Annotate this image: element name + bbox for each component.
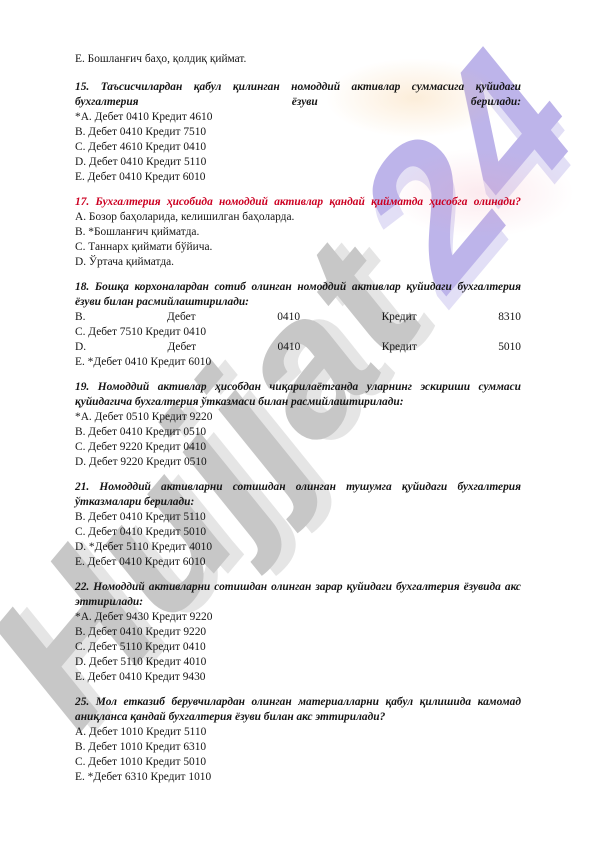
answer-option: В. Дебет 0410 Кредит 7510 — [75, 125, 521, 140]
question-heading-line: 18. Бошқа корхоналардан сотиб олинган но… — [75, 280, 521, 295]
answer-option: *А. Дебет 0510 Кредит 9220 — [75, 410, 521, 425]
question-block: 18. Бошқа корхоналардан сотиб олинган но… — [75, 280, 521, 370]
document-page: Hujjat24 Е. Бошланғич баҳо, қолдиқ қийма… — [0, 0, 596, 842]
answer-option: Е. *Дебет 0410 Кредит 6010 — [75, 355, 521, 370]
answer-option: Е. Дебет 0410 Кредит 6010 — [75, 170, 521, 185]
answer-option: С. Дебет 1010 Кредит 5010 — [75, 755, 521, 770]
question-heading-line: 21. Номоддий активларни сотишдан олинган… — [75, 480, 521, 495]
document-content: Е. Бошланғич баҳо, қолдиқ қиймат. 15. Та… — [75, 52, 521, 785]
answer-option: С. Дебет 5110 Кредит 0410 — [75, 640, 521, 655]
answer-option: В. Дебет 1010 Кредит 6310 — [75, 740, 521, 755]
answer-option: Е. Дебет 0410 Кредит 6010 — [75, 555, 521, 570]
answer-option: С. Таннарх қиймати бўйича. — [75, 240, 521, 255]
answer-option: В. *Бошланғич қийматда. — [75, 225, 521, 240]
answer-option: В. Дебет 0410 Кредит 9220 — [75, 625, 521, 640]
answer-option: D. Дебет 9220 Кредит 0510 — [75, 455, 521, 470]
answer-option: D. *Дебет 5110 Кредит 4010 — [75, 540, 521, 555]
answer-option: Е. Дебет 0410 Кредит 9430 — [75, 670, 521, 685]
answer-option: В. Дебет 0410 Кредит 5110 — [75, 510, 521, 525]
question-heading-line: аниқланса қандай бухгалтерия ёзуви билан… — [75, 710, 521, 725]
question-block: 25. Мол етказиб берувчилардан олинган ма… — [75, 695, 521, 785]
answer-option: *А. Дебет 9430 Кредит 9220 — [75, 610, 521, 625]
question-heading-line: 19. Номоддий активлар ҳисобдан чиқарилаё… — [75, 380, 521, 395]
answer-option: А. Дебет 1010 Кредит 5110 — [75, 725, 521, 740]
answer-option: С. Дебет 4610 Кредит 0410 — [75, 140, 521, 155]
answer-option: D. Ўртача қийматда. — [75, 255, 521, 270]
question-heading-line: қуйидагича бухгалтерия ўтказмаси билан р… — [75, 395, 521, 410]
question-heading-line: ўтказмалари берилади: — [75, 495, 521, 510]
question-block: 21. Номоддий активларни сотишдан олинган… — [75, 480, 521, 570]
answer-option: А. Бозор баҳоларида, келишилган баҳолард… — [75, 210, 521, 225]
question-heading-line: 25. Мол етказиб берувчилардан олинган ма… — [75, 695, 521, 710]
question-block: 22. Номоддий активларни сотишдан олинган… — [75, 580, 521, 685]
answer-option: С. Дебет 9220 Кредит 0410 — [75, 440, 521, 455]
answer-option: С. Дебет 7510 Кредит 0410 — [75, 325, 521, 340]
question-heading-line: бухгалтерия ёзуви берилади: — [75, 95, 521, 110]
question-heading-line: эттирилади: — [75, 595, 521, 610]
answer-option: В. Дебет 0410 Кредит 0510 — [75, 425, 521, 440]
question-block: 17. Бухгалтерия ҳисобида номоддий активл… — [75, 195, 521, 270]
questions-container: 15. Таъсисчилардан қабул қилинган номодд… — [75, 80, 521, 785]
answer-option: D. Дебет 0410 Кредит 5110 — [75, 155, 521, 170]
answer-option: D. Дебет 0410 Кредит 5010 — [75, 340, 521, 355]
question-block: 19. Номоддий активлар ҳисобдан чиқарилаё… — [75, 380, 521, 470]
leftover-answer-option: Е. Бошланғич баҳо, қолдиқ қиймат. — [75, 52, 521, 67]
answer-option: С. Дебет 0410 Кредит 5010 — [75, 525, 521, 540]
answer-option: В. Дебет 0410 Кредит 8310 — [75, 310, 521, 325]
answer-option: *А. Дебет 0410 Кредит 4610 — [75, 110, 521, 125]
question-heading-line: ёзуви билан расмийлаштирилади: — [75, 295, 521, 310]
answer-option: D. Дебет 5110 Кредит 4010 — [75, 655, 521, 670]
question-heading-line: 17. Бухгалтерия ҳисобида номоддий активл… — [75, 195, 521, 210]
question-block: 15. Таъсисчилардан қабул қилинган номодд… — [75, 80, 521, 185]
answer-option: Е. *Дебет 6310 Кредит 1010 — [75, 770, 521, 785]
question-heading-line: 15. Таъсисчилардан қабул қилинган номодд… — [75, 80, 521, 95]
question-heading-line: 22. Номоддий активларни сотишдан олинган… — [75, 580, 521, 595]
